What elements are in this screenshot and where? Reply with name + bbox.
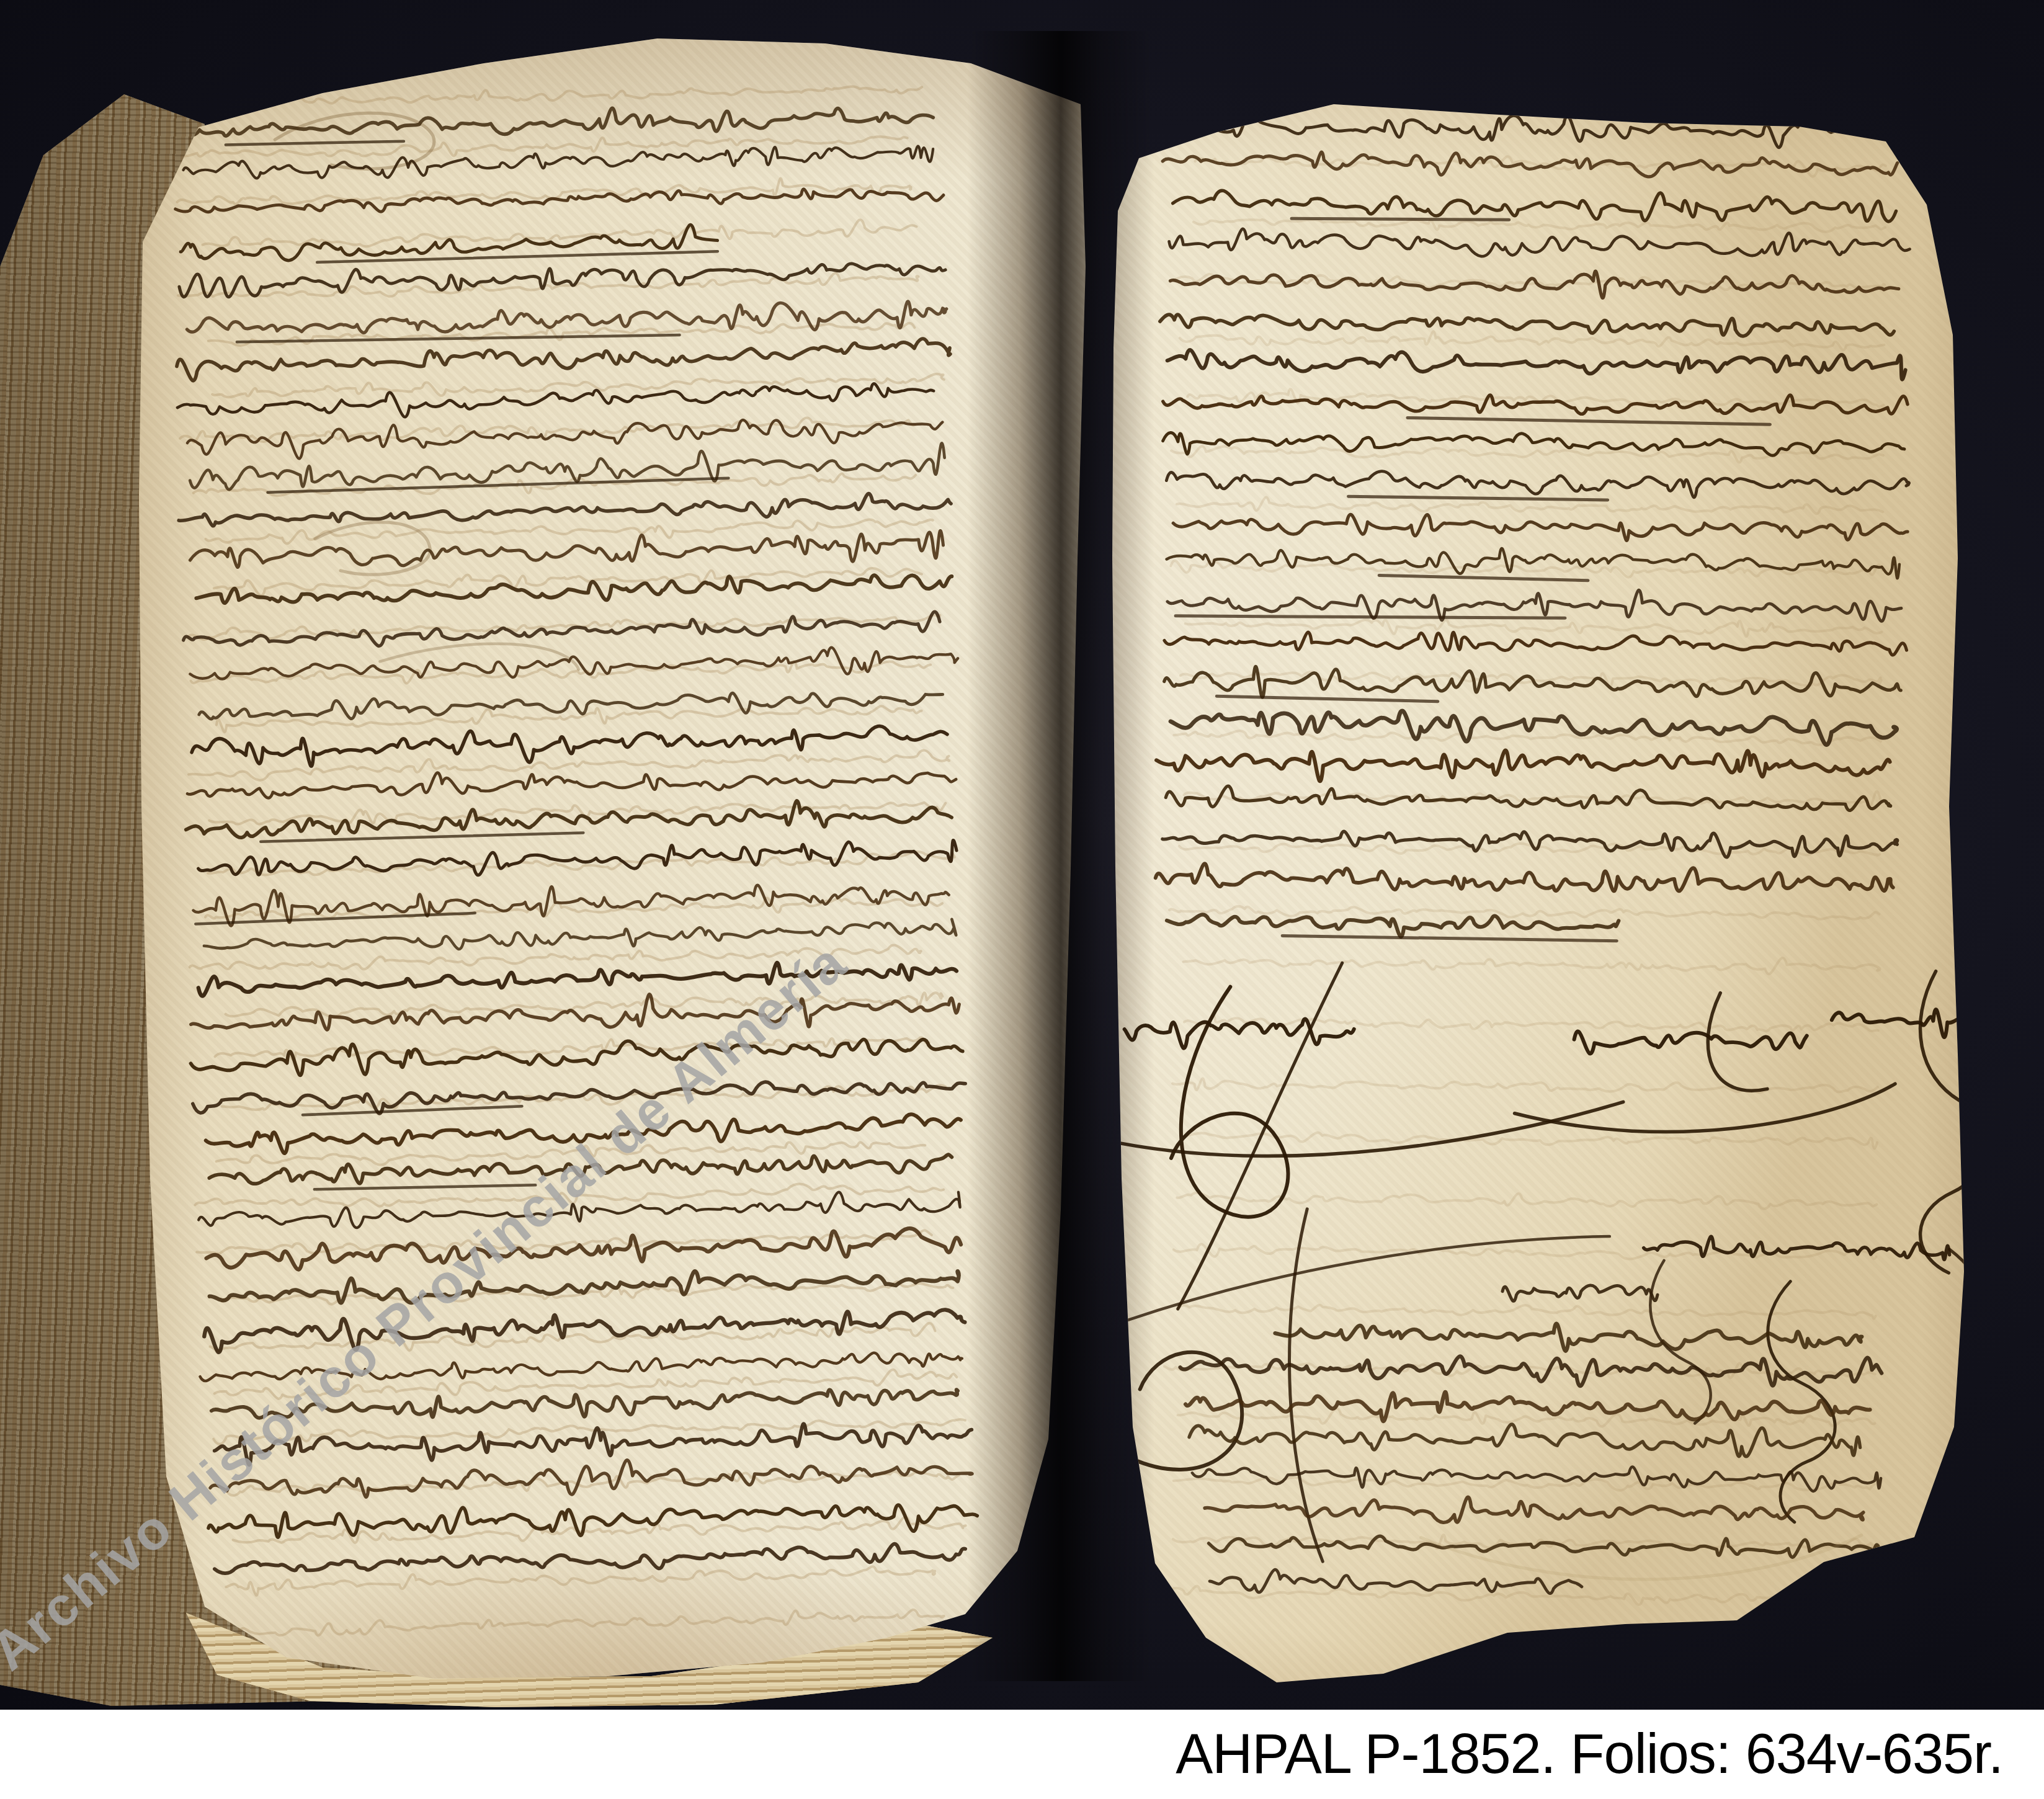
archive-photograph: Archivo Histórico Provincial de Almería …: [0, 0, 2044, 1799]
caption-bar: AHPAL P-1852. Folios: 634v-635r.: [0, 1710, 2044, 1799]
caption-text: AHPAL P-1852. Folios: 634v-635r.: [1176, 1726, 2003, 1782]
